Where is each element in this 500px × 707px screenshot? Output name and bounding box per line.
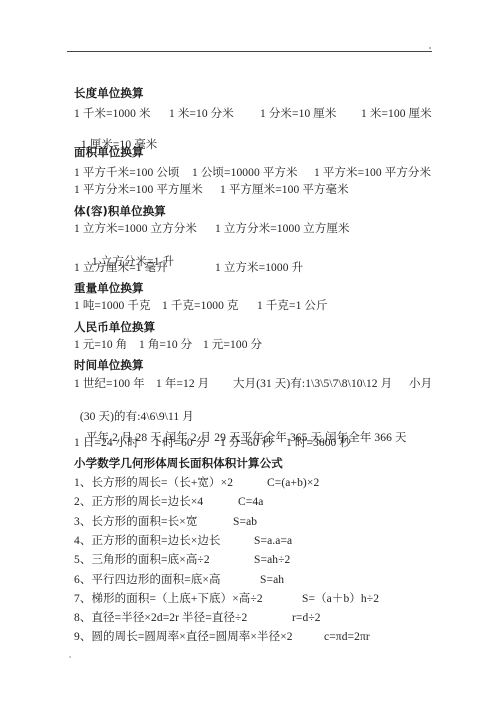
formula-line: 9、圆的周长=圆周率×直径=圆周率×半径×2 c=πd=2πr: [74, 630, 494, 644]
formula-text: 9、圆的周长=圆周率×直径=圆周率×半径×2: [74, 630, 293, 644]
conversion-item: 1 立方米=1000 立方分米: [74, 222, 197, 236]
formula-text: 1、长方形的周长=（长+宽）×2: [74, 476, 233, 490]
conversion-item: 1 米=100 厘米: [361, 107, 432, 121]
conversion-item: 1 千克=1000 克: [162, 299, 239, 313]
formula-line: 2、正方形的周长=边长×4 C=4a: [74, 495, 494, 509]
text-line: 1 平方分米=100 平方厘米 1 平方厘米=100 平方毫米: [74, 183, 494, 197]
formula-symbolic: C=(a+b)×2: [267, 476, 319, 490]
conversion-item: 1 分=60 秒: [220, 436, 273, 450]
conversion-item: 1 公顷=10000 平方米: [192, 166, 298, 180]
formula-symbolic: C=4a: [238, 495, 263, 509]
formula-line: 3、长方形的面积=长×宽 S=ab: [74, 515, 494, 529]
conversion-item: 1 立方厘米=1 毫升: [74, 261, 168, 275]
conversion-item: 1 千米=1000 米: [74, 107, 151, 121]
formula-text: 3、长方形的面积=长×宽: [74, 515, 197, 529]
formula-symbolic: S=（a＋b）h÷2: [302, 592, 379, 606]
section-heading-weight: 重量单位换算: [74, 281, 144, 295]
conversion-item: 1 平方分米=100 平方厘米: [74, 183, 203, 197]
conversion-item: 1 年=12 月: [156, 377, 209, 391]
formula-line: 5、三角形的面积=底×高÷2 S=ah÷2: [74, 553, 494, 567]
text-line: 1 元=10 角 1 角=10 分 1 元=100 分: [74, 338, 494, 352]
formula-text: 5、三角形的面积=底×高÷2: [74, 553, 210, 567]
formula-symbolic: S=ab: [233, 515, 257, 529]
formula-line: 7、梯形的面积=（上底+下底）×高÷2 S=（a＋b）h÷2: [74, 592, 494, 606]
section-heading-geometry: 小学数学几何形体周长面积体积计算公式: [74, 456, 283, 470]
text-line: 1 平方千米=100 公顷 1 公顷=10000 平方米 1 平方米=100 平…: [74, 166, 494, 180]
conversion-item: 1 立方分米=1000 立方厘米: [215, 222, 350, 236]
formula-text: 7、梯形的面积=（上底+下底）×高÷2: [74, 592, 263, 606]
conversion-item: 1 日=24 小时: [74, 436, 139, 450]
formula-symbolic: S=ah: [260, 573, 284, 587]
text-line: 1 千米=1000 米 1 米=10 分米 1 分米=10 厘米 1 米=100…: [74, 107, 494, 121]
formula-line: 1、长方形的周长=（长+宽）×2 C=(a+b)×2: [74, 476, 494, 490]
formula-text: 2、正方形的周长=边长×4: [74, 495, 203, 509]
formula-symbolic: S=ah÷2: [254, 553, 290, 567]
section-heading-length: 长度单位换算: [74, 86, 144, 100]
conversion-item: 1 立方米=1000 升: [215, 261, 303, 275]
section-heading-time: 时间单位换算: [74, 358, 144, 372]
conversion-item: 1 角=10 分: [139, 338, 192, 352]
conversion-item: 1 元=10 角: [74, 338, 127, 352]
formula-symbolic: c=πd=2πr: [324, 630, 370, 644]
formula-text: 8、直径=半径×2d=2r 半径=直径÷2: [74, 611, 247, 625]
header-rule: [67, 51, 432, 52]
text-line: 1 世纪=100 年 1 年=12 月 大月(31 天)有:1\3\5\7\8\…: [74, 377, 494, 391]
text-line: 1 立方米=1000 立方分米 1 立方分米=1000 立方厘米: [74, 222, 494, 236]
section-heading-currency: 人民币单位换算: [74, 320, 155, 334]
formula-symbolic: S=a.a=a: [254, 534, 292, 548]
text-line: 1 吨=1000 千克 1 千克=1000 克 1 千克=1 公斤: [74, 299, 494, 313]
text-line: 1 立方厘米=1 毫升 1 立方米=1000 升: [74, 261, 494, 275]
conversion-item: 大月(31 天)有:1\3\5\7\8\10\12 月: [233, 377, 392, 391]
conversion-item: 1 千克=1 公斤: [257, 299, 328, 313]
conversion-item: 小月: [409, 377, 432, 391]
conversion-item: 1 吨=1000 千克: [74, 299, 151, 313]
conversion-item: 1 时=3600 秒: [286, 436, 351, 450]
formula-line: 6、平行四边形的面积=底×高 S=ah: [74, 573, 494, 587]
formula-line: 4、正方形的面积=边长×边长 S=a.a=a: [74, 534, 494, 548]
conversion-item: 1 时=60 分: [154, 436, 207, 450]
conversion-item: 1 平方米=100 平方分米: [314, 166, 431, 180]
document-page: 长度单位换算 1 千米=1000 米 1 米=10 分米 1 分米=10 厘米 …: [0, 0, 500, 707]
formula-text: 6、平行四边形的面积=底×高: [74, 573, 221, 587]
conversion-item: 1 世纪=100 年: [74, 377, 145, 391]
section-heading-area: 面积单位换算: [74, 145, 144, 159]
footer-mark: [69, 656, 71, 658]
conversion-item: 1 米=10 分米: [169, 107, 234, 121]
formula-line: 8、直径=半径×2d=2r 半径=直径÷2 r=d÷2: [74, 611, 494, 625]
formula-symbolic: r=d÷2: [292, 611, 321, 625]
conversion-item: 1 元=100 分: [203, 338, 262, 352]
text-line: 1 日=24 小时 1 时=60 分 1 分=60 秒 1 时=3600 秒: [74, 436, 494, 450]
conversion-item: 1 平方千米=100 公顷: [74, 166, 180, 180]
formula-text: 4、正方形的面积=边长×边长: [74, 534, 221, 548]
conversion-item: 1 分米=10 厘米: [260, 107, 337, 121]
conversion-item: 1 平方厘米=100 平方毫米: [220, 183, 349, 197]
section-heading-volume: 体(容)积单位换算: [74, 204, 166, 218]
header-mark: [429, 47, 431, 49]
